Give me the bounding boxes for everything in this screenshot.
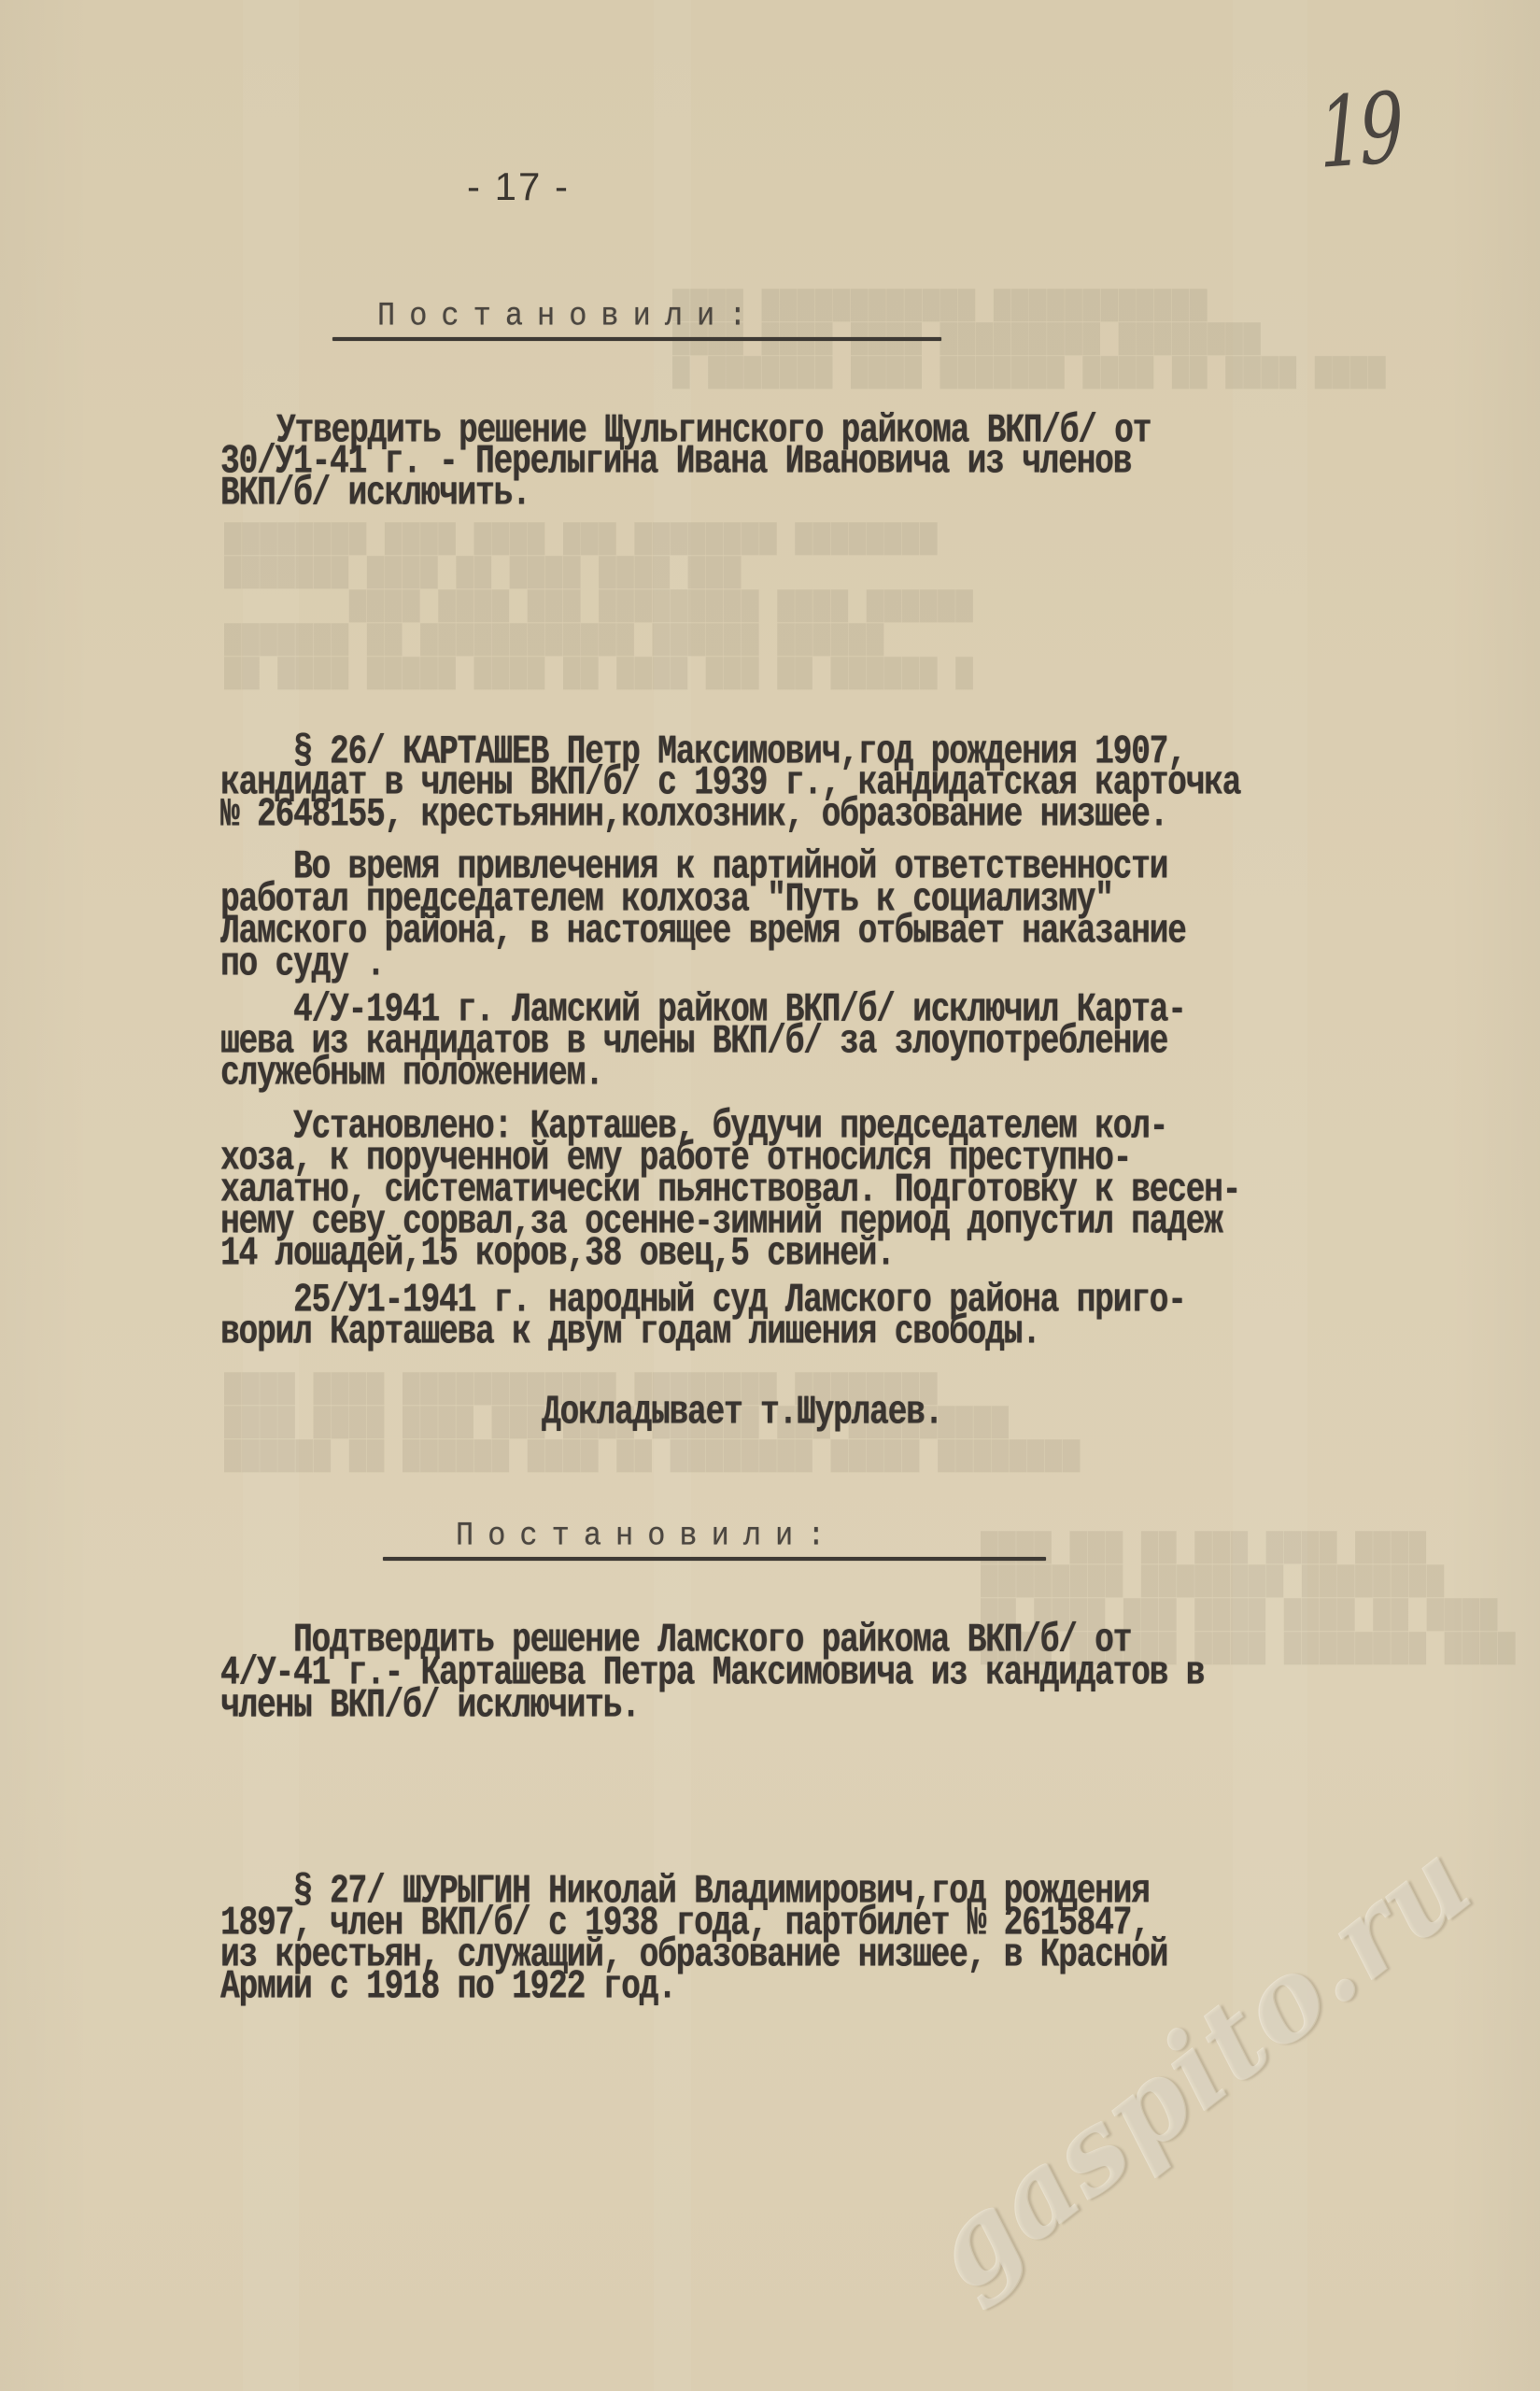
text-line: члены ВКП/б/ исключить. <box>220 1691 640 1720</box>
text-line: ВКП/б/ исключить. <box>220 479 530 508</box>
section-heading-resolved: Постановили: <box>377 297 760 335</box>
heading-underline <box>383 1557 1046 1561</box>
text-line: по суду . <box>220 950 385 979</box>
folio-number-handwritten: 19 <box>1317 71 1402 191</box>
text-line: ворил Карташева к двум годам лишения сво… <box>220 1318 1040 1347</box>
text-line: Армии с 1918 по 1922 год. <box>220 1973 676 2002</box>
heading-underline <box>332 337 941 341</box>
paper-texture <box>1233 0 1307 2391</box>
reporter-line: Докладывает т.Шурлаев. <box>542 1398 942 1427</box>
text-line: служебным положением. <box>220 1059 603 1088</box>
page-number: - 17 - <box>467 164 570 209</box>
text-line: № 2648155, крестьянин,колхозник, образов… <box>220 800 1167 829</box>
bleed-through-text: ████████ ████ ████ ███ ████████ ████████… <box>224 523 973 691</box>
text-line: 14 лошадей,15 коров,38 овец,5 свиней. <box>220 1239 895 1268</box>
section-heading-resolved: Постановили: <box>456 1517 839 1555</box>
